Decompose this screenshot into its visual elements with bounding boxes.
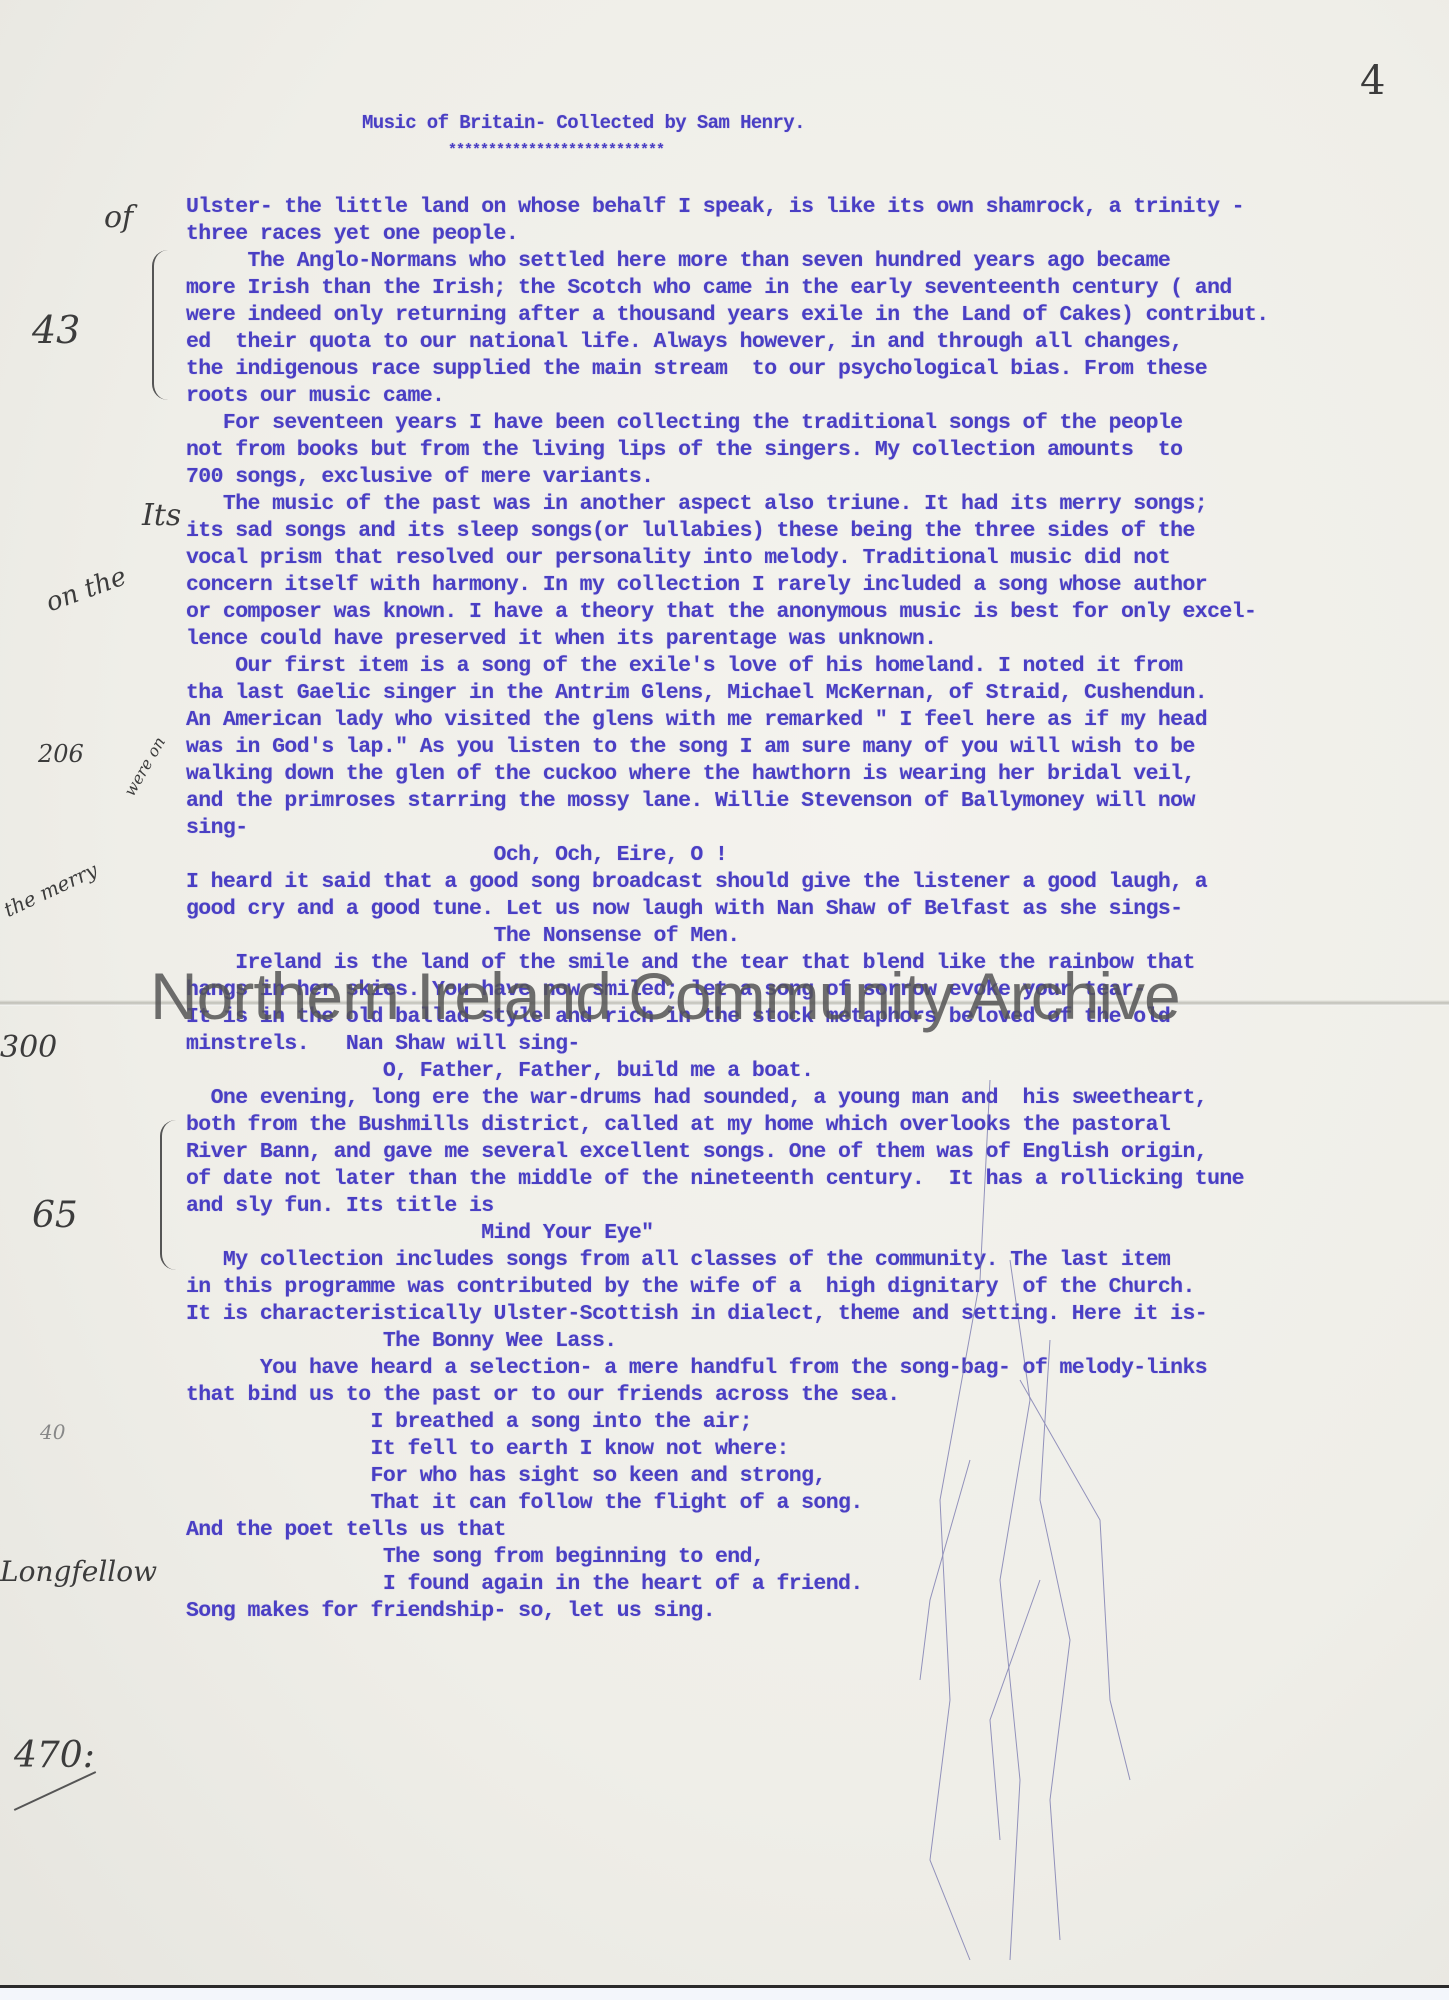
text-line: The Anglo-Normans who settled here more … — [186, 248, 1269, 275]
text-line: minstrels. Nan Shaw will sing- — [186, 1031, 1269, 1058]
margin-note-longfellow: Longfellow — [0, 1555, 157, 1588]
margin-note-300: 300 — [0, 1030, 57, 1065]
text-line: the indigenous race supplied the main st… — [186, 356, 1269, 383]
text-line: tha last Gaelic singer in the Antrim Gle… — [186, 680, 1269, 707]
margin-note-470: 470: — [14, 1735, 95, 1776]
margin-note-40: 40 — [40, 1420, 65, 1444]
text-line: more Irish than the Irish; the Scotch wh… — [186, 275, 1269, 302]
scan-edge — [0, 1988, 1449, 2000]
text-line: vocal prism that resolved our personalit… — [186, 545, 1269, 572]
text-line: not from books but from the living lips … — [186, 437, 1269, 464]
text-line: Our first item is a song of the exile's … — [186, 653, 1269, 680]
margin-note-of: of — [104, 200, 133, 235]
text-line: An American lady who visited the glens w… — [186, 707, 1269, 734]
text-line: three races yet one people. — [186, 221, 1269, 248]
text-line: 700 songs, exclusive of mere variants. — [186, 464, 1269, 491]
margin-note-206: 206 — [38, 740, 84, 768]
archive-watermark: Northern Ireland Community Archive — [150, 958, 1180, 1034]
text-line: I heard it said that a good song broadca… — [186, 869, 1269, 896]
text-line: was in God's lap." As you listen to the … — [186, 734, 1269, 761]
margin-note-the-merry: the merry — [0, 858, 101, 922]
text-line: The music of the past was in another asp… — [186, 491, 1269, 518]
text-line: and the primroses starring the mossy lan… — [186, 788, 1269, 815]
text-line: sing- — [186, 815, 1269, 842]
text-line: good cry and a good tune. Let us now lau… — [186, 896, 1269, 923]
document-title: Music of Britain- Collected by Sam Henry… — [362, 110, 805, 137]
margin-note-65: 65 — [32, 1195, 78, 1236]
document-page: 4 Music of Britain- Collected by Sam Hen… — [0, 0, 1449, 1988]
margin-brace — [152, 250, 168, 400]
page-number: 4 — [1360, 58, 1385, 104]
text-line: lence could have preserved it when its p… — [186, 626, 1269, 653]
margin-brace — [160, 1120, 176, 1270]
margin-note-were-on: were on — [120, 733, 169, 799]
text-line: roots our music came. — [186, 383, 1269, 410]
text-line: Och, Och, Eire, O ! — [186, 842, 1269, 869]
text-line: its sad songs and its sleep songs(or lul… — [186, 518, 1269, 545]
text-line: Ulster- the little land on whose behalf … — [186, 194, 1269, 221]
margin-note-43: 43 — [32, 308, 80, 352]
margin-note-on-the: on the — [42, 562, 130, 619]
text-line: The Nonsense of Men. — [186, 923, 1269, 950]
text-line: were indeed only returning after a thous… — [186, 302, 1269, 329]
text-line: ed their quota to our national life. Alw… — [186, 329, 1269, 356]
pencil-underline — [14, 1771, 96, 1811]
margin-note-its: Its — [142, 498, 181, 533]
text-line: For seventeen years I have been collecti… — [186, 410, 1269, 437]
text-line: or composer was known. I have a theory t… — [186, 599, 1269, 626]
text-line: concern itself with harmony. In my colle… — [186, 572, 1269, 599]
ink-doodle — [900, 1080, 1160, 1960]
text-line: walking down the glen of the cuckoo wher… — [186, 761, 1269, 788]
title-underline: *************************** — [448, 137, 664, 164]
